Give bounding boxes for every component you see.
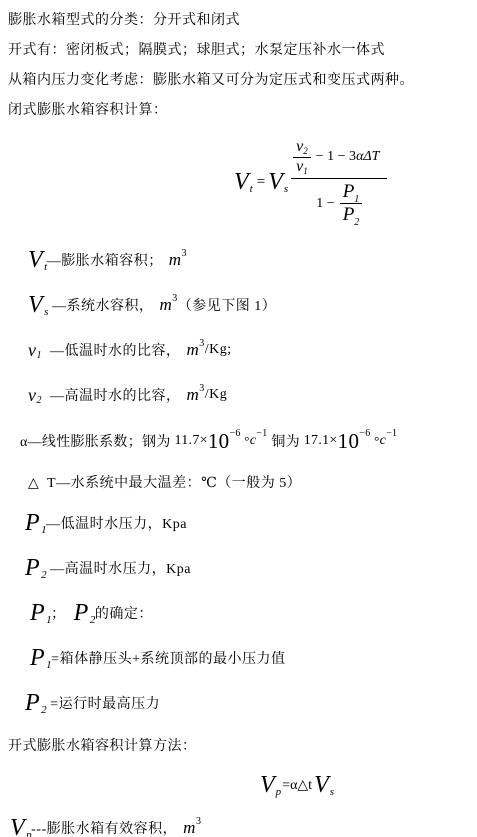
pressure-determination-heading: P1 ； P2 的确定： <box>30 597 477 629</box>
v1-description: —低温时水的比容， <box>42 340 181 360</box>
vs-description: —系统水容积， <box>48 295 154 315</box>
alpha-description: α—线性膨胀系数；钢为 <box>20 431 174 451</box>
p1-equation-text: =箱体静压头+系统顶部的最小压力值 <box>51 648 285 668</box>
v1-variable: v <box>28 340 37 361</box>
vt-unit: m <box>169 250 182 270</box>
vs-variable: V <box>28 293 43 317</box>
pressure-fraction: P1 P2 <box>340 182 363 225</box>
p2-term: P2 <box>343 204 360 225</box>
definition-vt: Vt —膨胀水箱容积； m3 <box>28 244 477 276</box>
definition-v2: v2 —高温时水的比容， m3 /Kg <box>28 379 477 411</box>
steel-coefficient: 11.7× <box>174 433 207 449</box>
fraction-denominator: 1 − P1 P2 <box>316 179 362 225</box>
vp-unit: m <box>183 818 196 837</box>
document-page: 膨胀水箱型式的分类：分开式和闭式 开式有：密闭板式；隔膜式；球胆式；水泵定压补水… <box>0 0 477 837</box>
definition-vs: Vs —系统水容积， m3 （参见下图 1） <box>28 289 477 321</box>
definition-v1: v1 —低温时水的比容， m3 /Kg; <box>28 334 477 366</box>
v1-unit: m <box>187 340 200 360</box>
paragraph-pressure-variation: 从箱内压力变化考虑：膨胀水箱又可分为定压式和变压式两种。 <box>8 66 477 96</box>
open-tank-calc-title: 开式膨胀水箱容积计算方法： <box>8 732 477 762</box>
p1-equation: P1 =箱体静压头+系统顶部的最小压力值 <box>30 642 477 674</box>
p2-variable: P <box>25 556 40 580</box>
equals-sign: = <box>257 174 265 191</box>
vp-def-variable: V <box>10 816 25 837</box>
p2-equation: P2 =运行时最高压力 <box>25 687 477 719</box>
denominator-head: 1 − <box>316 196 334 212</box>
vs-unit: m <box>159 295 172 315</box>
v2-term: v2 <box>293 139 311 158</box>
formula-rhs-variable: V <box>268 170 283 194</box>
specific-volume-fraction: v2 v1 <box>293 139 311 176</box>
delta-t-definition: △ T—水系统中最大温差：℃（一般为 5） <box>28 469 477 495</box>
closed-tank-calc-title: 闭式膨胀水箱容积计算： <box>8 96 477 126</box>
definition-p1: P1 —低温时水压力，Kpa <box>25 507 477 539</box>
numerator-tail-variables: αΔT <box>356 149 379 165</box>
paragraph-open-types: 开式有：密闭板式；隔膜式；球胆式；水泵定压补水一体式 <box>8 36 477 66</box>
closed-tank-formula: Vt = Vs v2 v1 − 1 − 3αΔT 1 − P1 P2 <box>234 134 477 230</box>
p1-term: P1 <box>340 182 363 204</box>
vt-variable: V <box>28 248 43 272</box>
p1-description: —低温时水压力，Kpa <box>46 513 187 533</box>
main-fraction: v2 v1 − 1 − 3αΔT 1 − P1 P2 <box>291 139 387 225</box>
v2-variable: v <box>28 385 37 406</box>
formula-lhs-subscript: t <box>250 183 253 195</box>
vp-variable: V <box>260 773 275 797</box>
definition-vp: Vp ---膨胀水箱有效容积， m3 <box>10 812 477 837</box>
p1-variable: P <box>25 511 40 535</box>
paragraph-classification: 膨胀水箱型式的分类：分开式和闭式 <box>8 6 477 36</box>
fraction-numerator: v2 v1 − 1 − 3αΔT <box>291 139 387 180</box>
v1-term: v1 <box>296 158 308 176</box>
vp-description: ---膨胀水箱有效容积， <box>31 818 177 837</box>
v2-description: —高温时水的比容， <box>42 385 181 405</box>
open-formula-expression: =α△t <box>282 777 312 794</box>
formula-lhs-variable: V <box>234 170 249 194</box>
copper-label: 铜为 <box>268 431 304 451</box>
vs-variable-open: V <box>314 773 329 797</box>
vt-description: —膨胀水箱容积； <box>47 250 163 270</box>
p2-equation-text: =运行时最高压力 <box>46 693 160 713</box>
formula-rhs-subscript: s <box>284 183 288 195</box>
v2-unit: m <box>187 385 200 405</box>
definition-p2: P2 —高温时水压力，Kpa <box>25 552 477 584</box>
p2-description: —高温时水压力，Kpa <box>46 558 191 578</box>
numerator-tail-numbers: − 1 − 3 <box>316 149 356 165</box>
alpha-coefficient-line: α—线性膨胀系数；钢为 11.7×10−6 °c−1 铜为 17.1×10−6 … <box>20 424 477 458</box>
open-tank-formula: Vp =α△t Vs <box>260 768 477 802</box>
copper-coefficient: 17.1× <box>304 433 338 449</box>
